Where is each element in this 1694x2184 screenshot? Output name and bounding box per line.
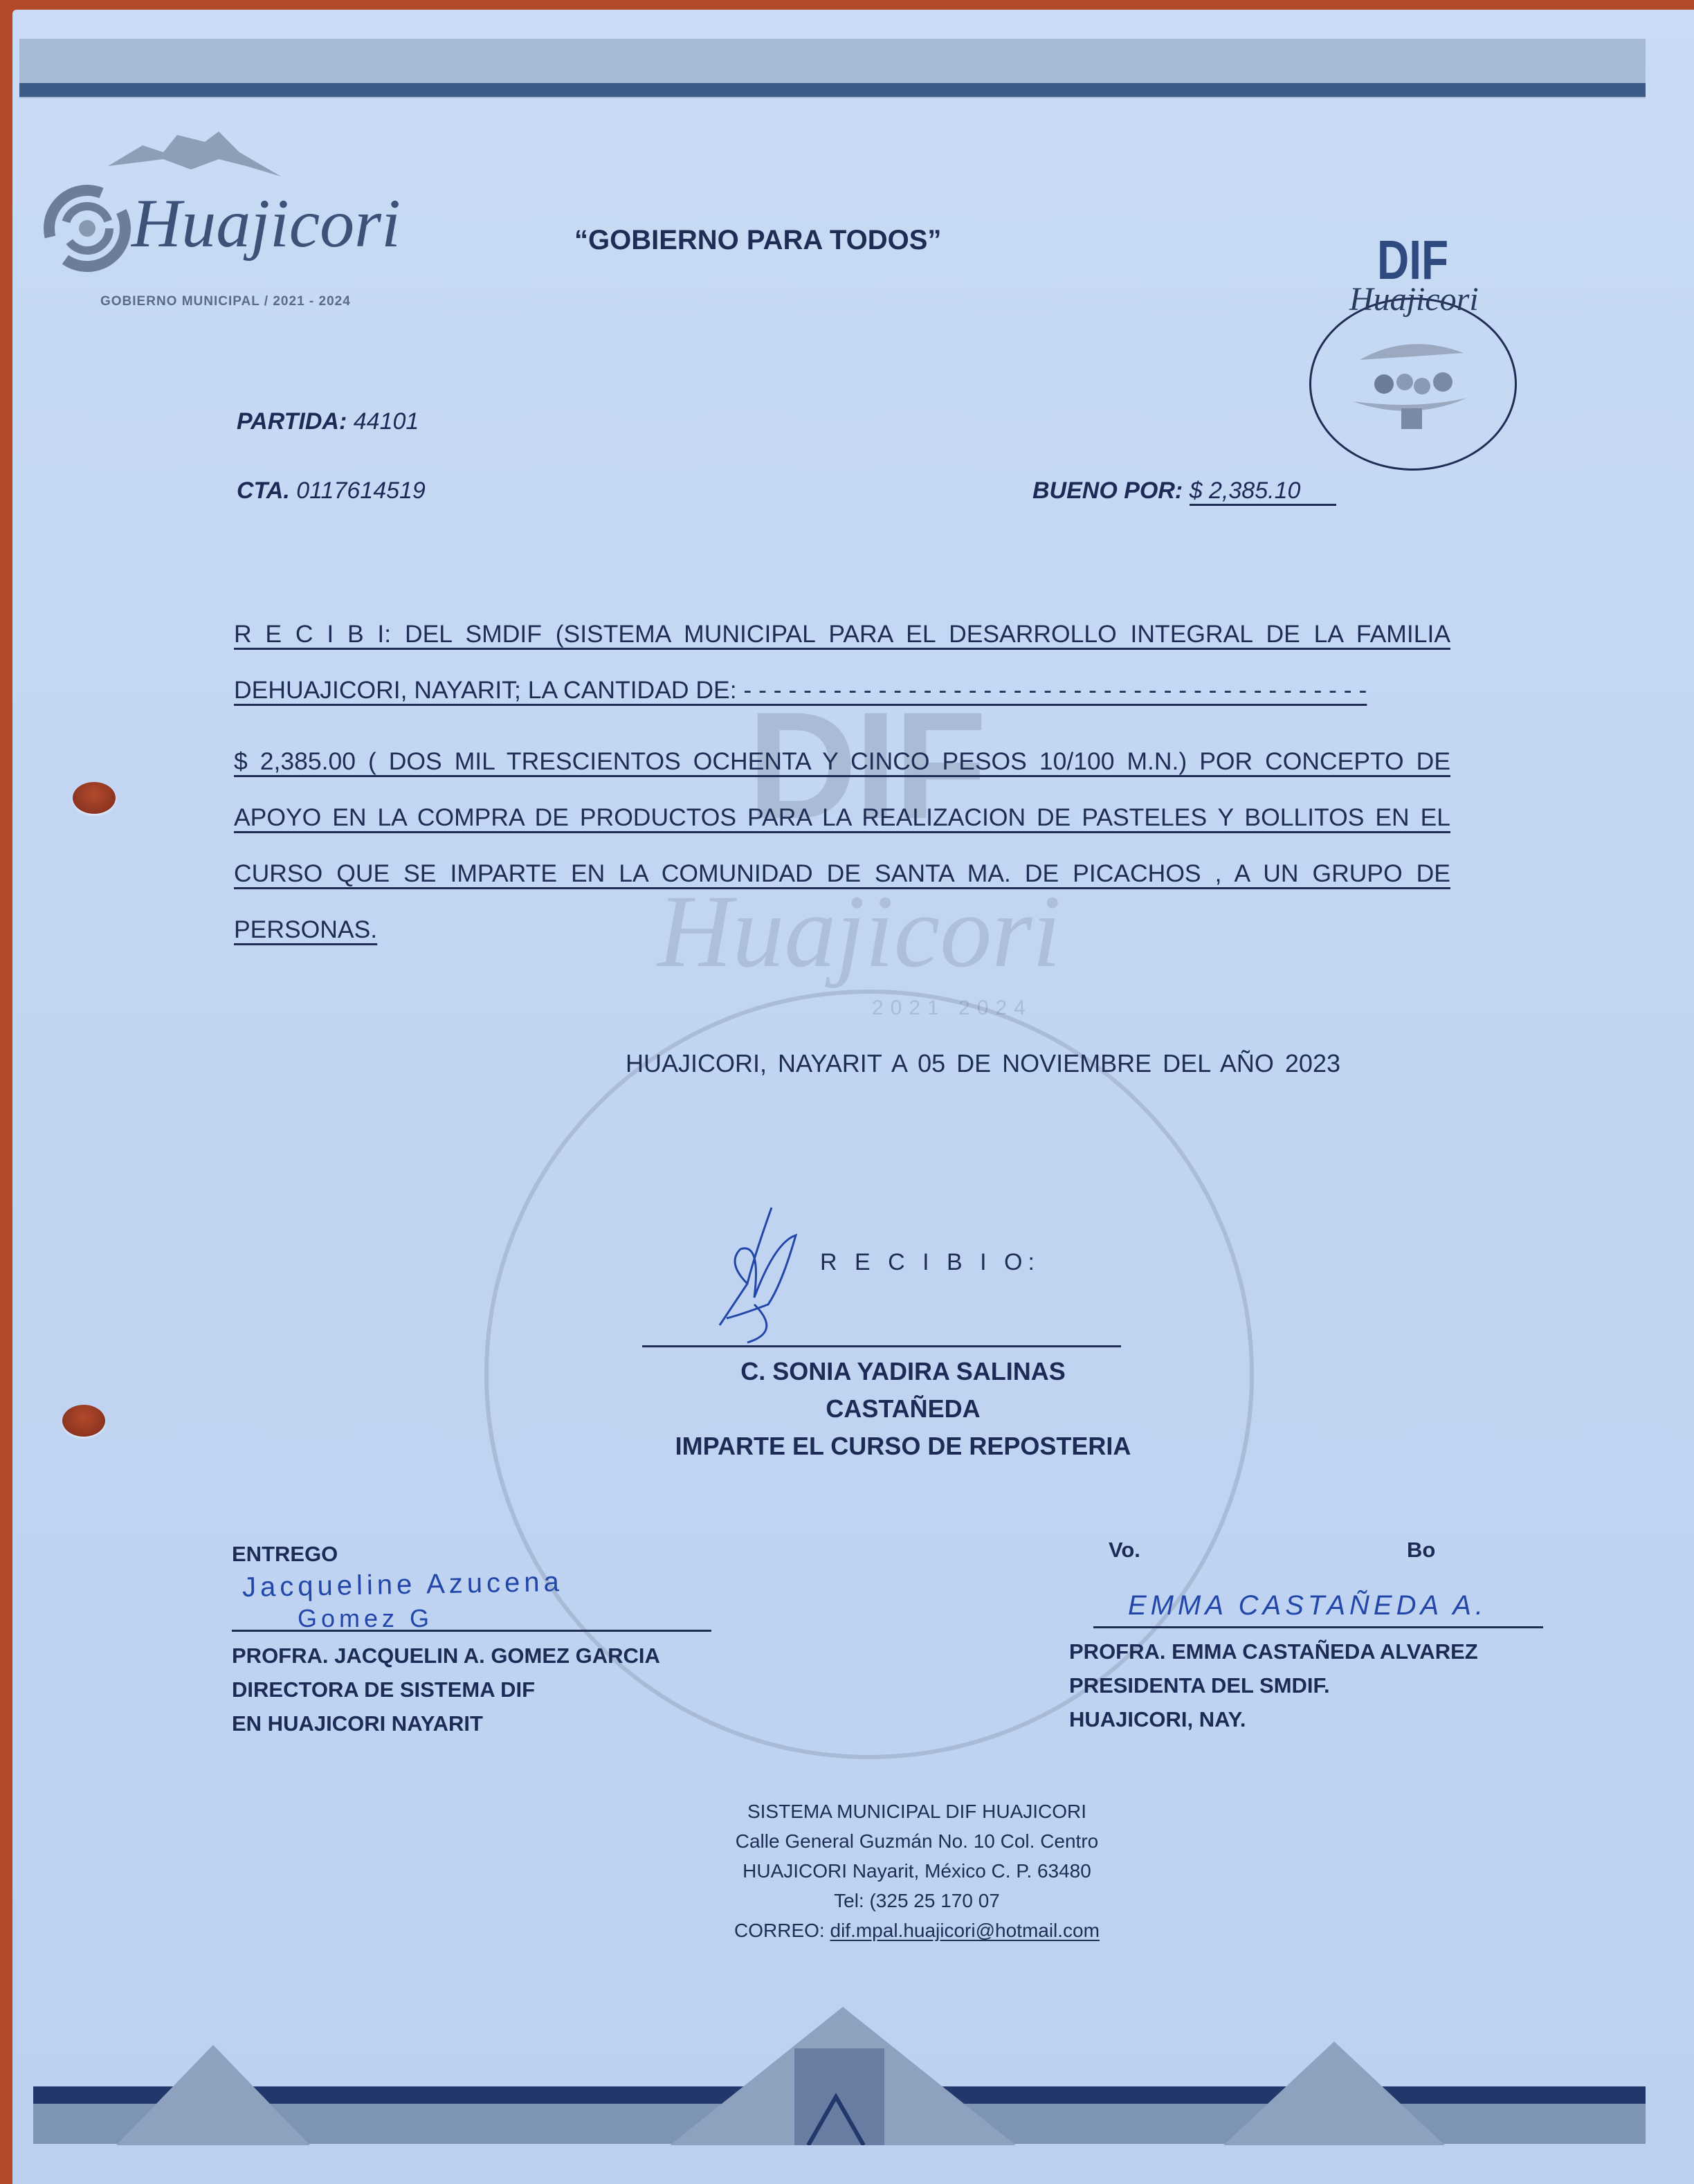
vobo-signature-line [1093,1626,1543,1628]
receipt-paragraph-1: R E C I B I: DEL SMDIF (SISTEMA MUNICIPA… [234,606,1450,718]
footer-email-link[interactable]: dif.mpal.huajicori@hotmail.com [830,1920,1100,1941]
partida-field: PARTIDA: 44101 [237,408,419,435]
bueno-por-field: BUENO POR: $ 2,385.10 [1032,477,1336,504]
footer-contact: SISTEMA MUNICIPAL DIF HUAJICORI Calle Ge… [623,1796,1211,1945]
entrego-signature-line [232,1630,711,1632]
punch-hole [73,782,116,814]
vobo-handwritten-signature: EMMA CASTAÑEDA A. [1128,1590,1487,1621]
bueno-por-value: $ 2,385.10 [1190,477,1337,506]
entrego-handwritten-signature-2: Gomez G [298,1604,433,1633]
recipient-role: IMPARTE EL CURSO DE REPOSTERIA [664,1428,1142,1465]
dif-family-hands-icon [1353,332,1470,436]
account-value: 0117614519 [296,477,426,504]
partida-value: 44101 [354,408,419,435]
account-label: CTA. [237,477,290,504]
watermark-years: 2021 2024 [872,997,1032,1020]
bo-label: Bo [1407,1538,1435,1563]
entrego-role-2: EN HUAJICORI NAYARIT [232,1707,660,1740]
dif-logo-script: Huajicori [1349,280,1479,318]
entrego-name: PROFRA. JACQUELIN A. GOMEZ GARCIA [232,1639,660,1673]
slogan: “GOBIERNO PARA TODOS” [574,225,941,256]
footer-address-1: Calle General Guzmán No. 10 Col. Centro [623,1826,1211,1856]
recipient-signature-line [642,1345,1121,1347]
account-field: CTA. 0117614519 [237,477,426,504]
footer-org: SISTEMA MUNICIPAL DIF HUAJICORI [623,1796,1211,1826]
municipal-logo-name: Huajicori [131,183,401,263]
footer-address-2: HUAJICORI Nayarit, México C. P. 63480 [623,1856,1211,1886]
recipient-name: C. SONIA YADIRA SALINAS CASTAÑEDA [664,1353,1142,1428]
footer-email-row: CORREO: dif.mpal.huajicori@hotmail.com [623,1915,1211,1945]
receipt-paragraph-2: $ 2,385.00 ( DOS MIL TRESCIENTOS OCHENTA… [234,734,1450,958]
header-rule [19,83,1646,97]
vobo-name-block: PROFRA. EMMA CASTAÑEDA ALVAREZ PRESIDENT… [1069,1635,1478,1736]
entrego-handwritten-signature: Jacqueline Azucena [242,1567,564,1603]
recipient-signature [706,1201,817,1346]
entrego-name-block: PROFRA. JACQUELIN A. GOMEZ GARCIA DIRECT… [232,1639,660,1740]
entrego-role-1: DIRECTORA DE SISTEMA DIF [232,1673,660,1707]
vo-label: Vo. [1109,1538,1140,1563]
footer-mountains-icon [33,1993,1646,2145]
footer-phone: Tel: (325 25 170 07 [623,1886,1211,1915]
entrego-label: ENTREGO [232,1542,338,1567]
vobo-role-2: HUAJICORI, NAY. [1069,1702,1478,1736]
recibio-label: R E C I B I O: [820,1249,1040,1276]
footer-email-label: CORREO: [734,1920,825,1941]
partida-label: PARTIDA: [237,408,347,435]
bueno-por-label: BUENO POR: [1032,477,1183,504]
municipal-logo-subtitle: GOBIERNO MUNICIPAL / 2021 - 2024 [100,294,351,309]
punch-hole [62,1405,105,1437]
vobo-role-1: PRESIDENTA DEL SMDIF. [1069,1668,1478,1702]
recipient-name-block: C. SONIA YADIRA SALINAS CASTAÑEDA IMPART… [664,1353,1142,1465]
date-line: HUAJICORI, NAYARIT A 05 DE NOVIEMBRE DEL… [626,1049,1340,1078]
vobo-name: PROFRA. EMMA CASTAÑEDA ALVAREZ [1069,1635,1478,1668]
